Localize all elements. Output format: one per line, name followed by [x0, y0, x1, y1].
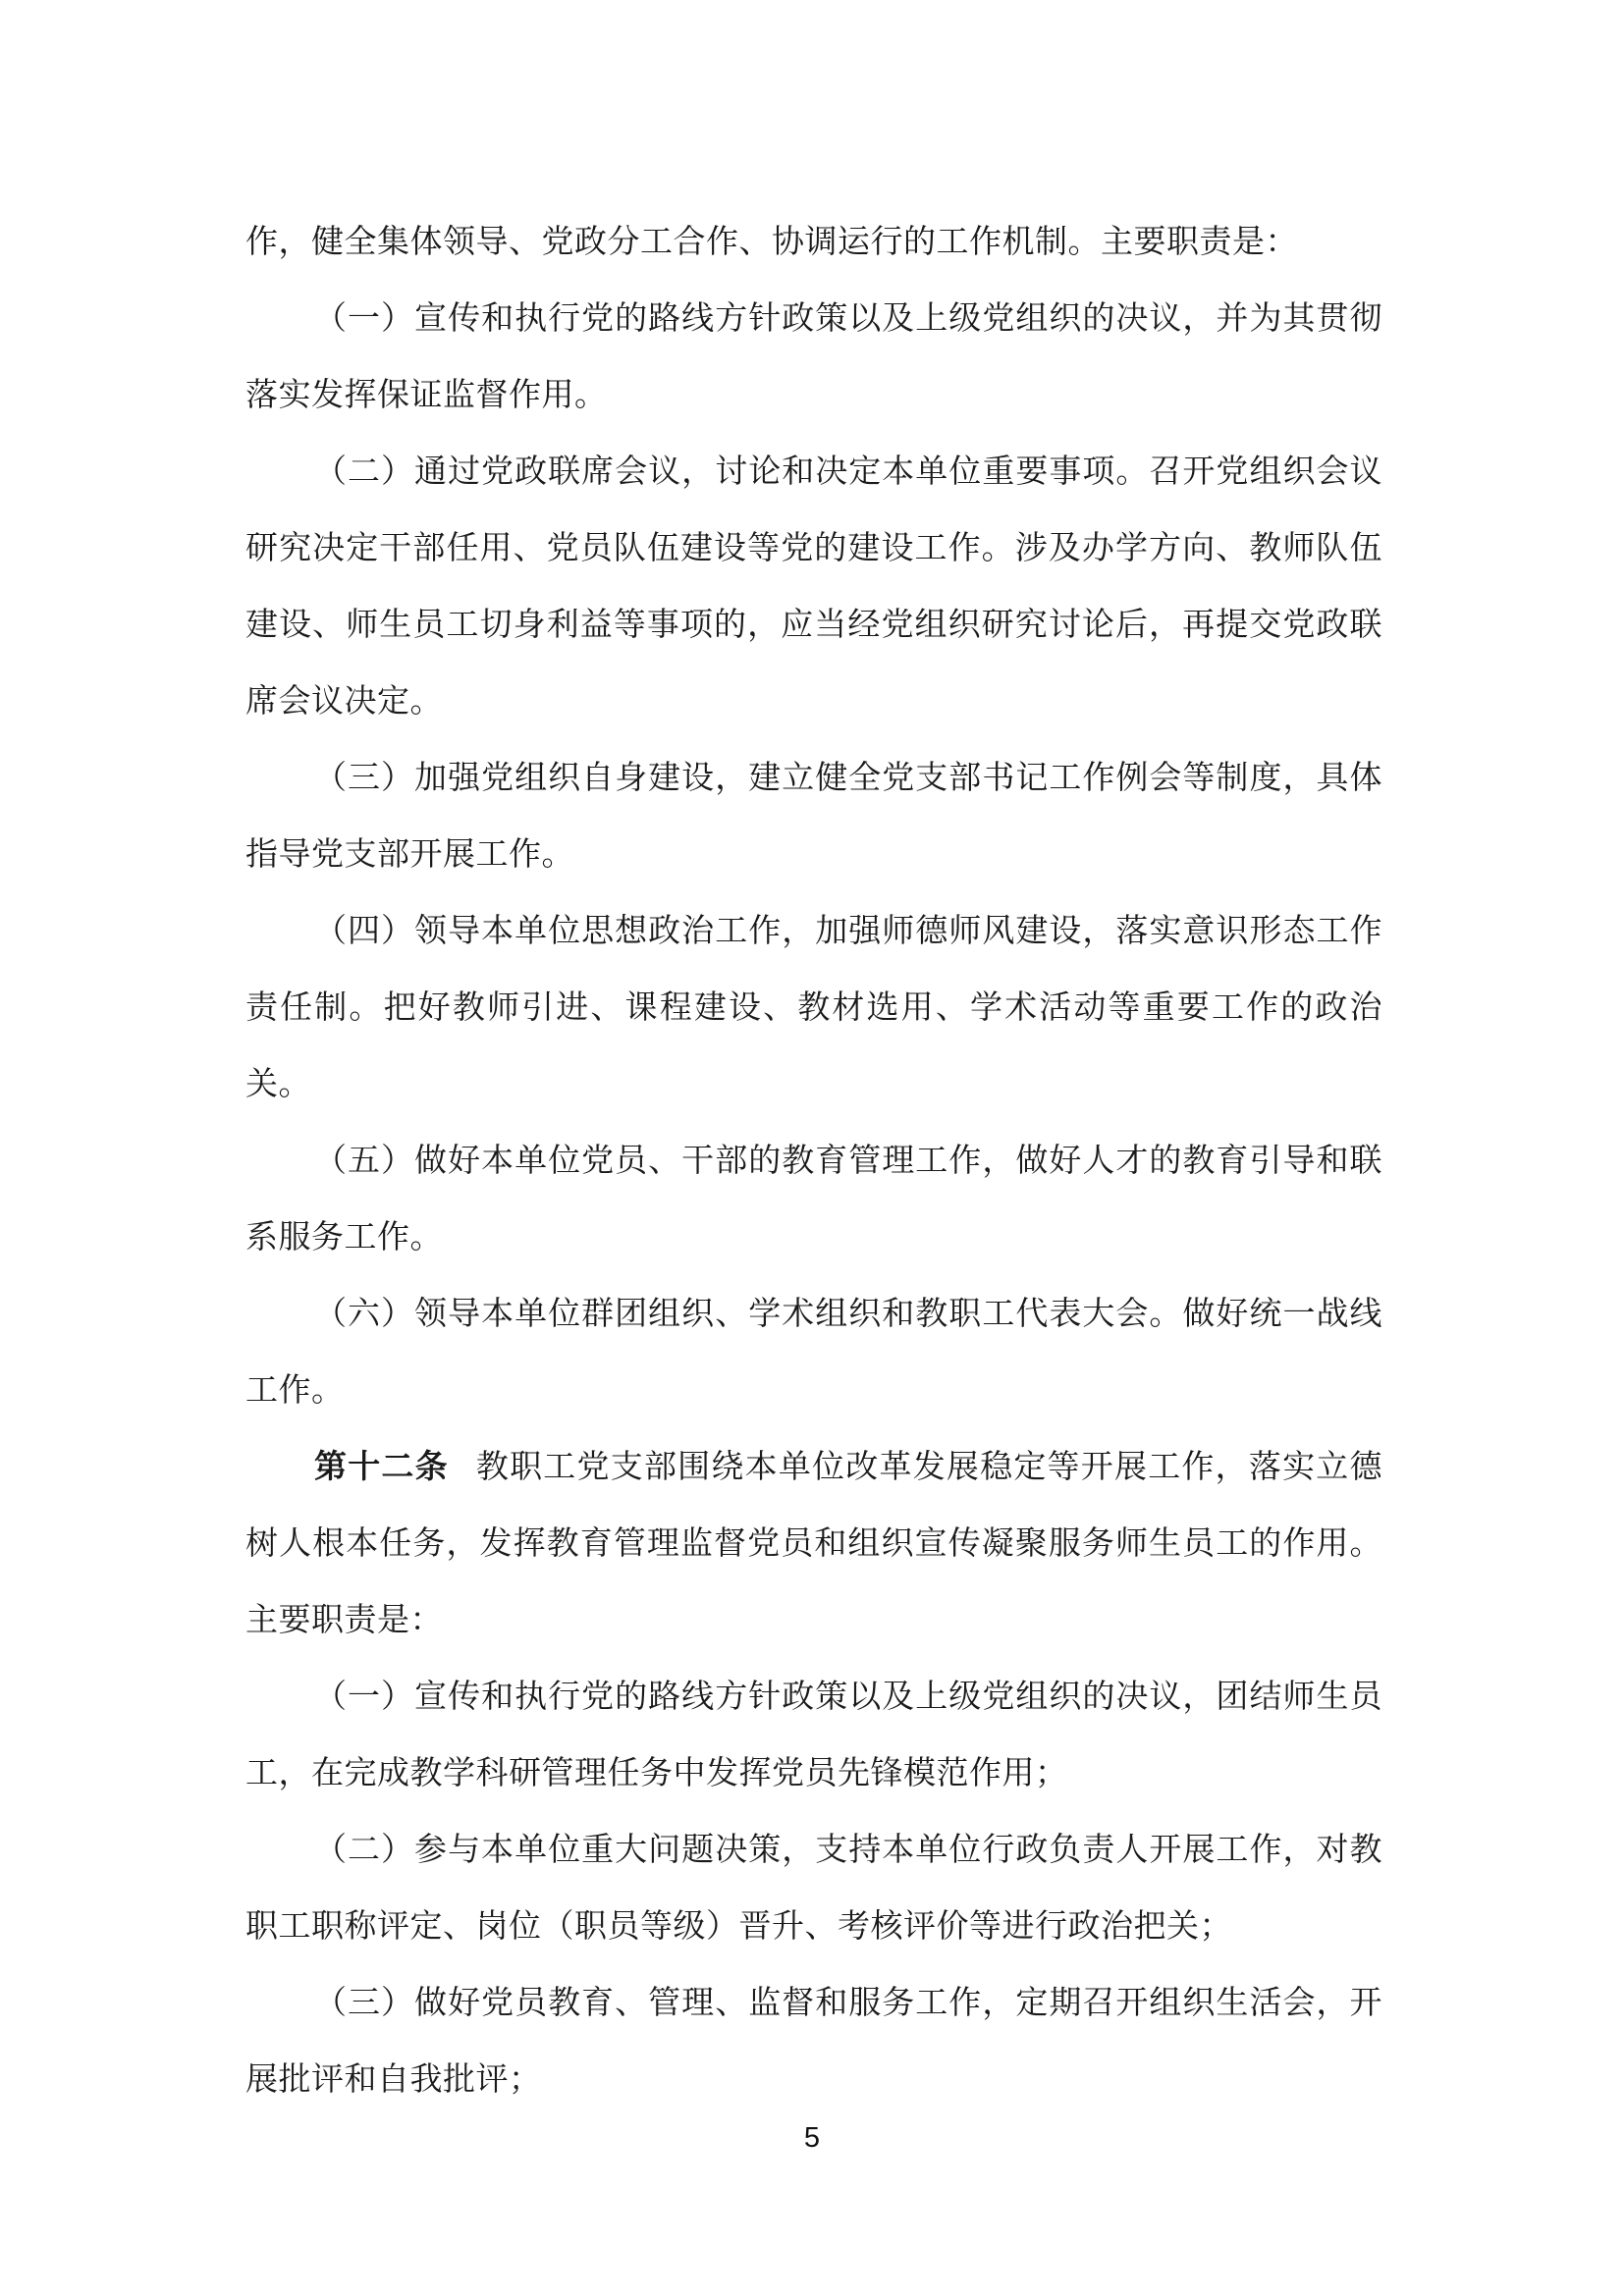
paragraph-article-12: 第十二条教职工党支部围绕本单位改革发展稳定等开展工作，落实立德树人根本任务，发挥…: [245, 1429, 1382, 1659]
paragraph-item-1: （一）宣传和执行党的路线方针政策以及上级党组织的决议，并为其贯彻落实发挥保证监督…: [245, 281, 1382, 434]
paragraph-item-8: （二）参与本单位重大问题决策，支持本单位行政负责人开展工作，对教职工职称评定、岗…: [245, 1812, 1382, 1965]
paragraph-item-3: （三）加强党组织自身建设，建立健全党支部书记工作例会等制度，具体指导党支部开展工…: [245, 740, 1382, 893]
document-page: 作，健全集体领导、党政分工合作、协调运行的工作机制。主要职责是： （一）宣传和执…: [0, 0, 1624, 2296]
paragraph-continuation: 作，健全集体领导、党政分工合作、协调运行的工作机制。主要职责是：: [245, 204, 1382, 281]
article-number: 第十二条: [314, 1450, 449, 1485]
paragraph-item-2: （二）通过党政联席会议，讨论和决定本单位重要事项。召开党组织会议研究决定干部任用…: [245, 434, 1382, 740]
document-body: 作，健全集体领导、党政分工合作、协调运行的工作机制。主要职责是： （一）宣传和执…: [245, 204, 1382, 2118]
paragraph-item-7: （一）宣传和执行党的路线方针政策以及上级党组织的决议，团结师生员工，在完成教学科…: [245, 1659, 1382, 1812]
paragraph-item-9: （三）做好党员教育、管理、监督和服务工作，定期召开组织生活会，开展批评和自我批评…: [245, 1965, 1382, 2118]
paragraph-item-6: （六）领导本单位群团组织、学术组织和教职工代表大会。做好统一战线工作。: [245, 1276, 1382, 1429]
paragraph-item-4: （四）领导本单位思想政治工作，加强师德师风建设，落实意识形态工作责任制。把好教师…: [245, 893, 1382, 1123]
page-number: 5: [804, 2122, 820, 2154]
paragraph-item-5: （五）做好本单位党员、干部的教育管理工作，做好人才的教育引导和联系服务工作。: [245, 1123, 1382, 1276]
page-footer: 5: [0, 2122, 1624, 2155]
